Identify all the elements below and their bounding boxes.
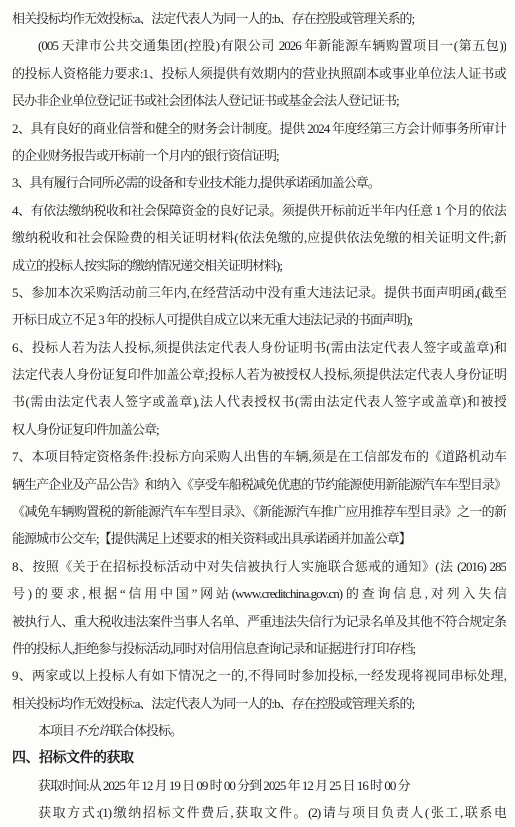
requirement-6-line-2: 法定代表人身份证复印件加盖公章;投标人若为被授权人投标,须提供法定代表人身份证明	[12, 361, 506, 388]
project-005-intro-line-2: 的投标人资格能力要求:1、投标人须提供有效期内的营业执照副本或事业单位法人证书或	[12, 60, 506, 87]
section-4-heading: 四、招标文件的获取	[12, 745, 506, 772]
requirement-8-line-1: 8、按照《关于在招标投标活动中对失信被执行人实施联合惩戒的通知》(法 (2016…	[12, 553, 506, 580]
requirement-5-line-1: 5、参加本次采购活动前三年内,在经营活动中没有重大违法记录。提供书面声明函,(截…	[12, 279, 506, 306]
requirement-4-line-1: 4、有依法缴纳税收和社会保障资金的良好记录。须提供开标前近半年内任意 1 个月的…	[12, 197, 506, 224]
no-joint-venture-line: 本项目不允许联合体投标。	[12, 717, 506, 744]
no-joint-venture-suffix: 联合体投标。	[110, 723, 182, 738]
requirement-3-line: 3、具有履行合同所必需的设备和专业技术能力,提供承诺函加盖公章。	[12, 169, 506, 196]
requirement-6-line-1: 6、投标人若为法人投标,须提供法定代表人身份证明书(需由法定代表人签字或盖章)和	[12, 334, 506, 361]
requirement-4-line-3: 成立的投标人按实际的缴纳情况递交相关证明材料);	[12, 252, 506, 279]
requirement-8-line-2: 号)的要求,根据“信用中国”网站(www.creditchina.gov.cn)…	[12, 580, 506, 607]
requirement-7-line-3: 《减免车辆购置税的新能源汽车车型目录》、《新能源汽车推广应用推荐车型目录》之一的…	[12, 498, 506, 525]
project-005-intro-line-1: (005 天津市公共交通集团(控股)有限公司 2026 年新能源车辆购置项目一(…	[12, 32, 506, 59]
invalid-bid-carryover-line: 相关投标均作无效投标:a、法定代表人为同一人的:b、存在控股或管理关系的;	[12, 5, 506, 32]
requirement-7-line-1: 7、本项目特定资格条件:投标方向采购人出售的车辆,须是在工信部发布的《道路机动车	[12, 443, 506, 470]
no-joint-venture-emphasis: 不允许	[74, 723, 110, 738]
obtain-method-line: 获取方式:(1)缴纳招标文件费后,获取文件。(2)请与项目负责人(张工,联系电	[12, 799, 506, 826]
project-005-intro-line-3: 民办非企业单位登记证书或社会团体法人登记证书或基金会法人登记证书;	[12, 87, 506, 114]
requirement-6-line-4: 权人身份证复印件加盖公章;	[12, 416, 506, 443]
requirement-5-line-2: 开标日成立不足 3 年的投标人可提供自成立以来无重大违法记录的书面声明);	[12, 306, 506, 333]
no-joint-venture-prefix: 本项目	[38, 723, 74, 738]
requirement-7-line-2: 辆生产企业及产品公告》和纳入《享受车船税减免优惠的节约能源使用新能源汽车车型目录…	[12, 471, 506, 498]
requirement-9-line-2: 相关投标均作无效投标:a、法定代表人为同一人的:b、存在控股或管理关系的;	[12, 690, 506, 717]
requirement-8-line-3: 被执行人、重大税收违法案件当事人名单、严重违法失信行为记录名单及其他不符合规定条	[12, 608, 506, 635]
obtain-time-line: 获取时间:从 2025 年 12 月 19 日 09 时 00 分到 2025 …	[12, 772, 506, 799]
requirement-6-line-3: 书(需由法定代表人签字或盖章),法人代表授权书(需由法定代表人签字或盖章)和被授	[12, 388, 506, 415]
requirement-9-line-1: 9、两家或以上投标人有如下情况之一的,不得同时参加投标,一经发现将视同串标处理,	[12, 662, 506, 689]
requirement-2-line-2: 的企业财务报告或开标前一个月内的银行资信证明;	[12, 142, 506, 169]
requirement-2-line-1: 2、具有良好的商业信誉和健全的财务会计制度。提供 2024 年度经第三方会计师事…	[12, 115, 506, 142]
requirement-8-line-4: 件的投标人,拒绝参与投标活动,同时对信用信息查询记录和证据进行打印存档;	[12, 635, 506, 662]
requirement-7-line-4: 能源城市公交车;【提供满足上述要求的相关资料或出具承诺函并加盖公章】	[12, 525, 506, 552]
document-page: 相关投标均作无效投标:a、法定代表人为同一人的:b、存在控股或管理关系的; (0…	[0, 0, 515, 827]
requirement-4-line-2: 缴纳税收和社会保险费的相关证明材料(依法免缴的,应提供依法免缴的相关证明文件;新	[12, 224, 506, 251]
